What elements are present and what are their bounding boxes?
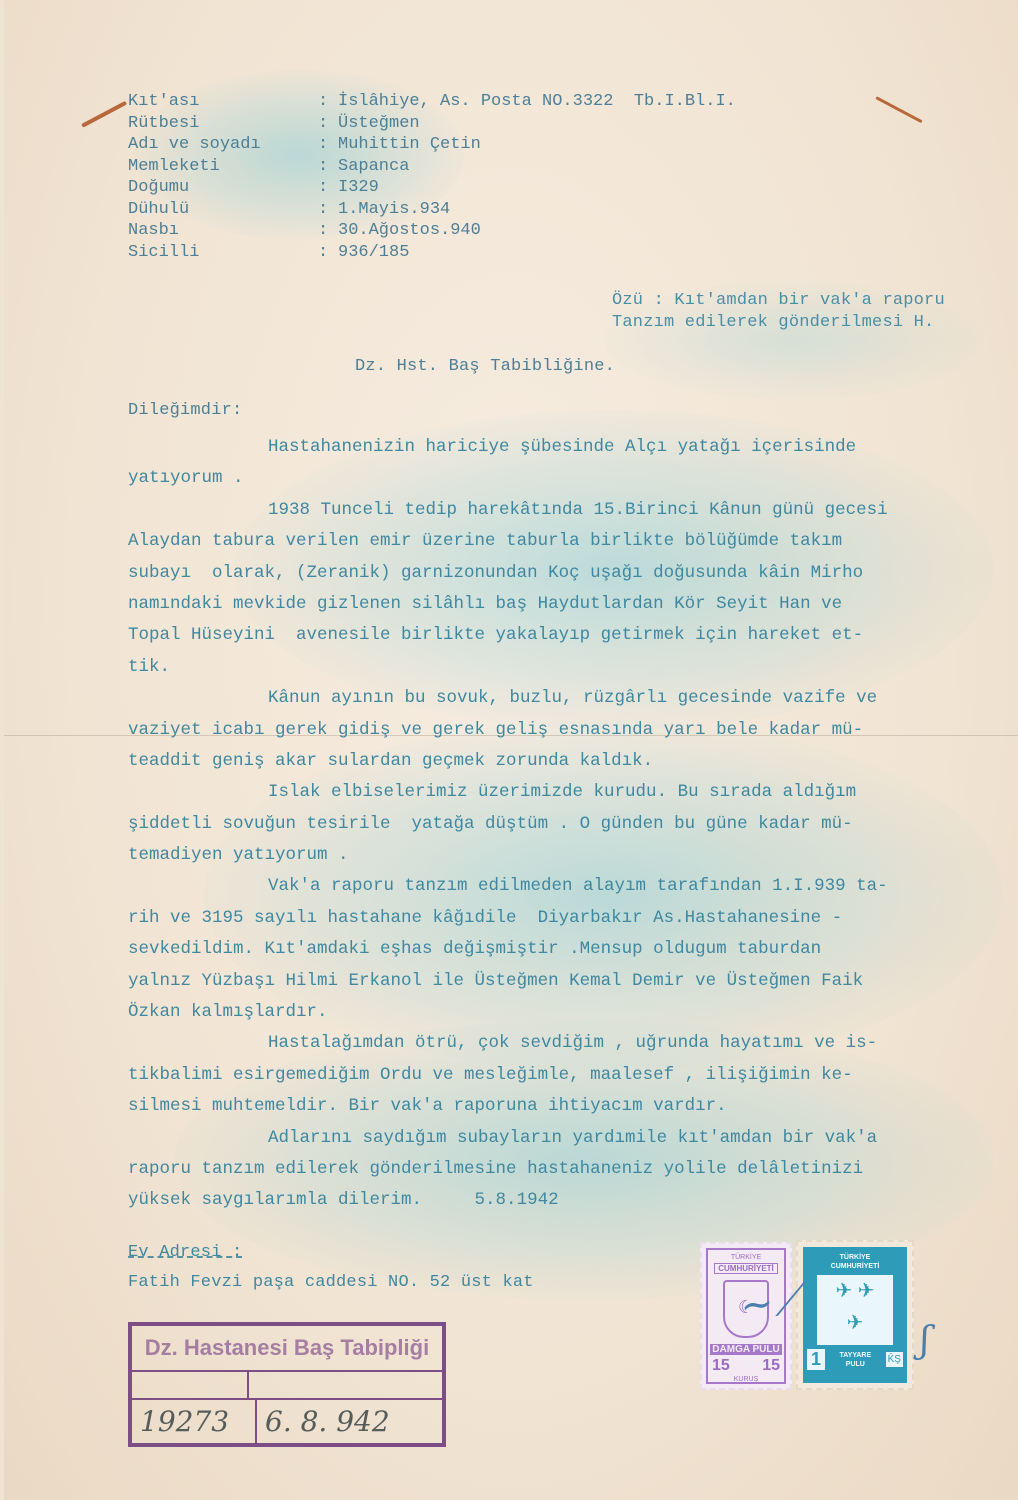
body-line: silmesi muhtemeldir. Bir vak'a raporuna … xyxy=(128,1091,1018,1122)
body-line: sevkedildim. Kıt'amdaki eşhas değişmişti… xyxy=(128,934,1018,965)
body-line: rih ve 3195 sayılı hastahane kâğıdile Di… xyxy=(128,903,1018,934)
body-line: namındaki mevkide gizlenen silâhlı baş H… xyxy=(128,589,1018,620)
header-row-unit: Kıt'ası:İslâhiye, As. Posta NO.3322 Tb.I… xyxy=(128,92,736,114)
header-row-commission: Nasbı:30.Ağostos.940 xyxy=(128,221,736,243)
subject-line-2: Tanzım edilerek gönderilmesi H. xyxy=(612,312,934,333)
body-line: Hastahanenizin hariciye şübesinde Alçı y… xyxy=(128,432,1018,463)
body-line: yüksek saygılarımla dilerim. 5.8.1942 xyxy=(128,1185,1018,1216)
address-value: Fatih Fevzi paşa caddesi NO. 52 üst kat xyxy=(128,1272,534,1293)
body-line: Vak'a raporu tanzım edilmeden alayım tar… xyxy=(128,871,1018,902)
body-line: Kânun ayının bu sovuk, buzlu, rüzgârlı g… xyxy=(128,683,1018,714)
body-line: yalnız Yüzbaşı Hilmi Erkanol ile Üsteğme… xyxy=(128,966,1018,997)
body-line: raporu tanzım edilerek gönderilmesine ha… xyxy=(128,1154,1018,1185)
header-row-hometown: Memleketi:Sapanca xyxy=(128,157,736,179)
body-line: Adlarını saydığım subayların yardımile k… xyxy=(128,1123,1018,1154)
body-line: Topal Hüseyini avenesile birlikte yakala… xyxy=(128,620,1018,651)
body-line: subayı olarak, (Zeranik) garnizonundan K… xyxy=(128,558,1018,589)
header-row-registry: Sicilli:936/185 xyxy=(128,243,736,265)
airplanes-icon: ✈ ✈✈ xyxy=(817,1275,893,1345)
registry-number: 19273 xyxy=(132,1400,257,1444)
body-line: şiddetli sovuğun tesirile yatağa düştüm … xyxy=(128,809,1018,840)
subject-line-1: Özü : Kıt'amdan bir vak'a raporu xyxy=(612,290,945,311)
signature-scrawl: ʃ xyxy=(920,1320,930,1361)
rust-stain xyxy=(875,96,922,123)
registry-stamp-title: Dz. Hastanesi Baş Tabipliği xyxy=(132,1326,442,1370)
body-line: tik. xyxy=(128,652,1018,683)
header-row-birth: Doğumu:I329 xyxy=(128,178,736,200)
header-row-name: Adı ve soyadı:Muhittin Çetin xyxy=(128,135,736,157)
letter-body: Hastahanenizin hariciye şübesinde Alçı y… xyxy=(128,432,1018,1217)
body-line: teaddit geniş akar sulardan geçmek zorun… xyxy=(128,746,1018,777)
rust-stain xyxy=(81,101,127,128)
body-line: temadiyen yatıyorum . xyxy=(128,840,1018,871)
salutation: Dileğimdir: xyxy=(128,400,242,421)
header-row-rank: Rütbesi:Üsteğmen xyxy=(128,114,736,136)
body-line: yatıyorum . xyxy=(128,463,1018,494)
body-line: Islak elbiselerimiz üzerimizde kurudu. B… xyxy=(128,777,1018,808)
body-line: 1938 Tunceli tedip harekâtında 15.Birinc… xyxy=(128,495,1018,526)
addressee: Dz. Hst. Baş Tabibliğine. xyxy=(355,356,615,377)
signature-scrawl: ~⟋ xyxy=(737,1276,804,1330)
body-line: Alaydan tabura verilen emir üzerine tabu… xyxy=(128,526,1018,557)
registry-date: 6. 8. 942 xyxy=(257,1400,442,1444)
body-line: vaziyet icabı gerek gidiş ve gerek geliş… xyxy=(128,715,1018,746)
body-line: tikbalimi esirgemediğim Ordu ve mesleğim… xyxy=(128,1060,1018,1091)
airmail-stamp: TÜRKİYE CUMHURİYETİ ✈ ✈✈ 1 TAYYAREPULU K… xyxy=(796,1240,914,1390)
header-row-entry: Dühulü:1.Mayis.934 xyxy=(128,200,736,222)
registry-stamp: Dz. Hastanesi Baş Tabipliği 19273 6. 8. … xyxy=(128,1322,446,1447)
address-label: Ev Adresi : xyxy=(128,1242,242,1263)
body-line: Hastalağımdan ötrü, çok sevdiğim , uğrun… xyxy=(128,1028,1018,1059)
body-line: Özkan kalmışlardır. xyxy=(128,997,1018,1028)
personnel-header: Kıt'ası:İslâhiye, As. Posta NO.3322 Tb.I… xyxy=(128,92,736,264)
